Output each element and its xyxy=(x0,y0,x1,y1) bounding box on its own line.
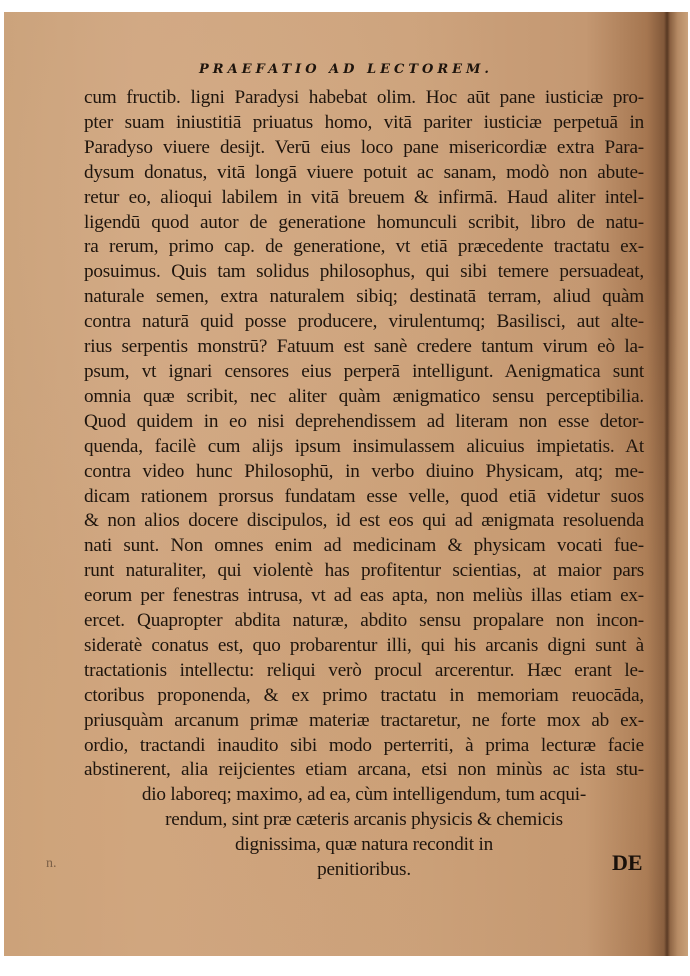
running-head: PRAEFATIO AD LECTOREM. xyxy=(4,62,688,77)
text-line: quenda, facilè cum alijs ipsum insimulas… xyxy=(84,435,644,460)
text-line: ctoribus proponenda, & ex primo tractatu… xyxy=(84,684,644,709)
text-line: dysum donatus, vitā longā viuere potuit … xyxy=(84,161,644,186)
text-line: tractationis intellectu: reliqui verò pr… xyxy=(84,659,644,684)
text-line: ligendū quod autor de generatione homunc… xyxy=(84,211,644,236)
text-line: abstinerent, alia reijcientes etiam arca… xyxy=(84,758,644,783)
text-line: rius serpentis monstrū? Fatuum est sanè … xyxy=(84,335,644,360)
text-line-centered: rendum, sint præ cæteris arcanis physici… xyxy=(84,808,644,833)
text-line: posuimus. Quis tam solidus philosophus, … xyxy=(84,260,644,285)
text-line: priusquàm arcanum primæ materiæ tractare… xyxy=(84,709,644,734)
text-line: psum, vt ignari censores eius perperā in… xyxy=(84,360,644,385)
text-line: Quod quidem in eo nisi deprehendissem ad… xyxy=(84,410,644,435)
text-line: & non alios docere discipulos, id est eo… xyxy=(84,509,644,534)
text-line-centered: dignissima, quæ natura recondit in xyxy=(84,833,644,858)
text-line: ra rerum, primo cap. de generatione, vt … xyxy=(84,235,644,260)
book-page: PRAEFATIO AD LECTOREM. cum fructib. lign… xyxy=(4,12,688,956)
text-line-centered: dio laboreq; maximo, ad ea, cùm intellig… xyxy=(84,783,644,808)
body-text: cum fructib. ligni Paradysi habebat olim… xyxy=(84,86,644,883)
text-line-centered: penitioribus. xyxy=(84,858,644,883)
text-line: ordio, tractandi inaudito sibi modo pert… xyxy=(84,734,644,759)
text-line: ercet. Quapropter abdita naturæ, abdito … xyxy=(84,609,644,634)
text-line: dicam rationem prorsus fundatam esse vel… xyxy=(84,485,644,510)
text-line: nati sunt. Non omnes enim ad medicinam &… xyxy=(84,534,644,559)
text-line: eorum per fenestras intrusa, vt ad eas a… xyxy=(84,584,644,609)
text-line: contra naturā quid posse producere, viru… xyxy=(84,310,644,335)
text-line: pter suam iniustitiā priuatus homo, vitā… xyxy=(84,111,644,136)
text-line: naturale semen, extra naturalem sibiq; d… xyxy=(84,285,644,310)
catchword: DE xyxy=(612,850,643,876)
text-line: sideratè conatus est, quo probarentur il… xyxy=(84,634,644,659)
text-line: omnia quæ scribit, nec aliter quàm ænigm… xyxy=(84,385,644,410)
text-line: retur eo, alioqui labilem in vitā breuem… xyxy=(84,186,644,211)
page-fold-shadow xyxy=(664,12,670,956)
signature-mark: n. xyxy=(46,856,57,872)
text-line: Paradyso viuere desijt. Verū eius loco p… xyxy=(84,136,644,161)
text-line: runt naturaliter, qui violentè has profi… xyxy=(84,559,644,584)
text-line: contra video hunc Philosophū, in verbo d… xyxy=(84,460,644,485)
text-line: cum fructib. ligni Paradysi habebat olim… xyxy=(84,86,644,111)
